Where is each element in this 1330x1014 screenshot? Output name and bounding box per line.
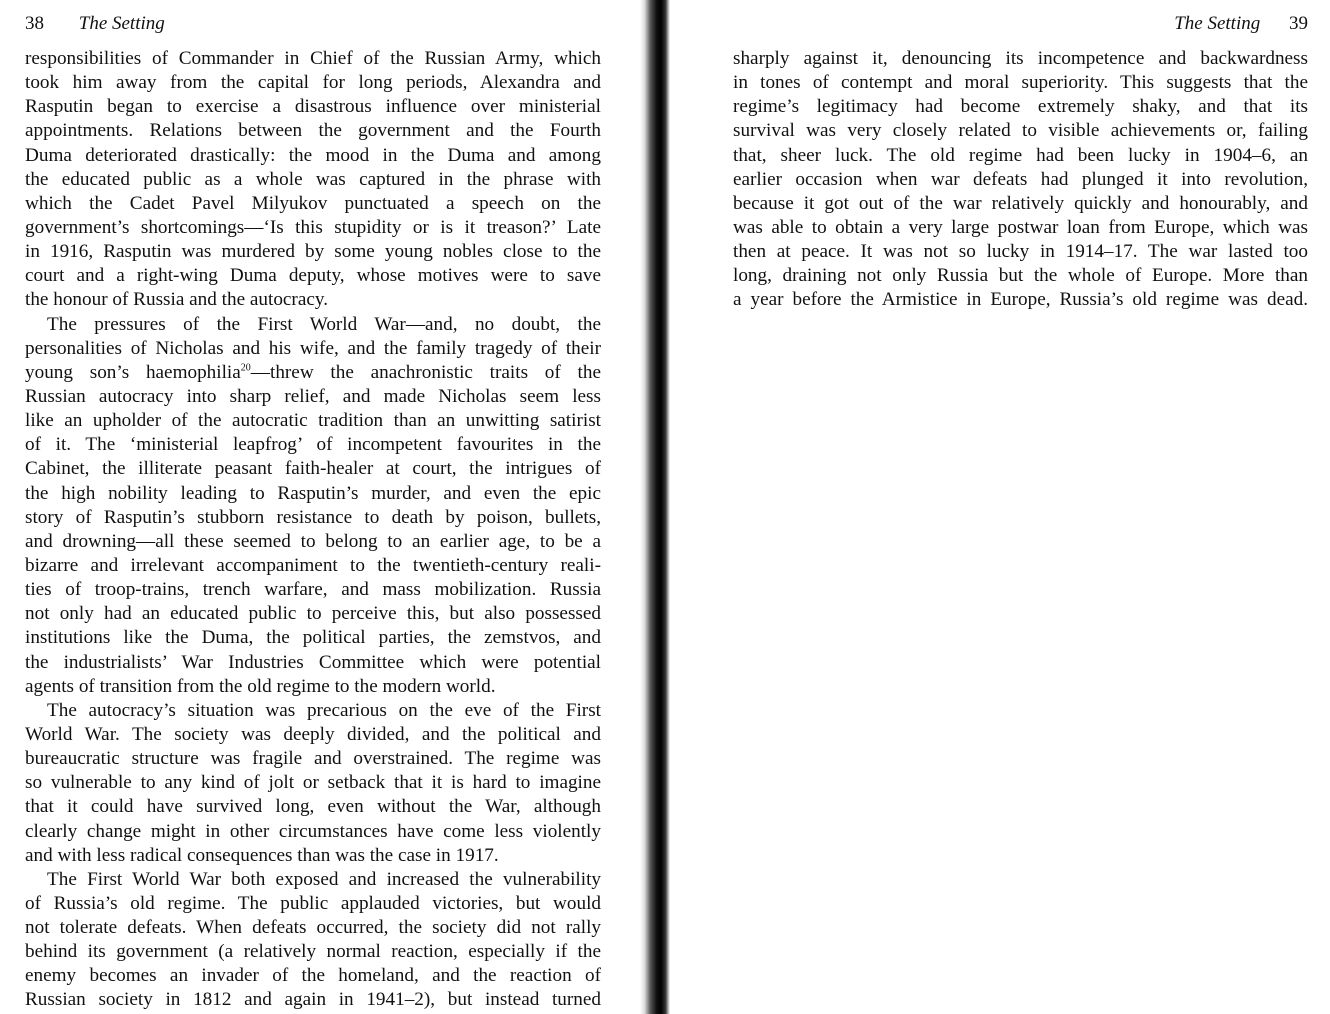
text-line: in tones of contempt and moral superiori… bbox=[733, 71, 1308, 95]
text-line: and drowning—all these seemed to belong … bbox=[25, 530, 601, 554]
book-gutter-shadow bbox=[640, 0, 670, 1014]
text-line: sharply against it, denouncing its incom… bbox=[733, 47, 1308, 71]
paragraph-start-line: The autocracy’s situation was precarious… bbox=[25, 699, 601, 723]
footnote-reference[interactable]: 20 bbox=[241, 362, 251, 373]
text-line: the industrialists’ War Industries Commi… bbox=[25, 651, 601, 675]
paragraph-start-line: The First World War both exposed and inc… bbox=[25, 868, 601, 892]
text-line: long, draining not only Russia but the w… bbox=[733, 264, 1308, 288]
text-line: which the Cadet Pavel Milyukov punctuate… bbox=[25, 192, 601, 216]
text-line: World War. The society was deeply divide… bbox=[25, 723, 601, 747]
text-line: of Russia’s old regime. The public appla… bbox=[25, 892, 601, 916]
text-line: bizarre and irrelevant accompaniment to … bbox=[25, 554, 601, 578]
paragraph-start-line: The pressures of the First World War—and… bbox=[25, 313, 601, 337]
text-line: the high nobility leading to Rasputin’s … bbox=[25, 482, 601, 506]
text-line-with-footnote: young son’s haemophilia20—threw the anac… bbox=[25, 361, 601, 385]
text-line: responsibilities of Commander in Chief o… bbox=[25, 47, 601, 71]
text-line: and with less radical consequences than … bbox=[25, 844, 601, 868]
left-body-text: responsibilities of Commander in Chief o… bbox=[25, 47, 601, 1013]
text-fragment: young son’s haemophilia bbox=[25, 362, 241, 383]
right-page: The Setting 39 sharply against it, denou… bbox=[680, 0, 1330, 1014]
text-line: earlier occasion when war defeats had pl… bbox=[733, 168, 1308, 192]
right-body-text: sharply against it, denouncing its incom… bbox=[733, 47, 1308, 313]
running-head-title: The Setting bbox=[79, 12, 165, 36]
text-line: Russian autocracy into sharp relief, and… bbox=[25, 385, 601, 409]
running-head-title: The Setting bbox=[1174, 12, 1260, 36]
text-line: behind its government (a relatively norm… bbox=[25, 940, 601, 964]
text-line: institutions like the Duma, the politica… bbox=[25, 626, 601, 650]
text-line: the educated public as a whole was captu… bbox=[25, 168, 601, 192]
text-line: the honour of Russia and the autocracy. bbox=[25, 288, 601, 312]
left-page: 38 The Setting responsibilities of Comma… bbox=[0, 0, 640, 1014]
text-line: story of Rasputin’s stubborn resistance … bbox=[25, 506, 601, 530]
text-line: because it got out of the war relatively… bbox=[733, 192, 1308, 216]
text-line: clearly change might in other circumstan… bbox=[25, 820, 601, 844]
text-line: Cabinet, the illiterate peasant faith-he… bbox=[25, 457, 601, 481]
text-line: not only had an educated public to perce… bbox=[25, 602, 601, 626]
page-number: 38 bbox=[25, 12, 44, 36]
text-line: enemy becomes an invader of the homeland… bbox=[25, 964, 601, 988]
page-number: 39 bbox=[1289, 12, 1308, 36]
right-running-head: The Setting 39 bbox=[1174, 12, 1308, 36]
text-line: was able to obtain a very large postwar … bbox=[733, 216, 1308, 240]
text-line: that it could have survived long, even w… bbox=[25, 795, 601, 819]
text-line: not tolerate defeats. When defeats occur… bbox=[25, 916, 601, 940]
text-line: like an upholder of the autocratic tradi… bbox=[25, 409, 601, 433]
text-line: Rasputin began to exercise a disastrous … bbox=[25, 95, 601, 119]
left-running-head: 38 The Setting bbox=[25, 12, 165, 36]
text-line: that, sheer luck. The old regime had bee… bbox=[733, 144, 1308, 168]
text-line: Duma deteriorated drastically: the mood … bbox=[25, 144, 601, 168]
text-fragment: —threw the anachronistic traits of the bbox=[251, 362, 601, 383]
text-line: appointments. Relations between the gove… bbox=[25, 119, 601, 143]
text-line: of it. The ‘ministerial leapfrog’ of inc… bbox=[25, 433, 601, 457]
text-line: a year before the Armistice in Europe, R… bbox=[733, 288, 1308, 312]
text-line: in 1916, Rasputin was murdered by some y… bbox=[25, 240, 601, 264]
text-line: Russian society in 1812 and again in 194… bbox=[25, 988, 601, 1012]
text-line: survival was very closely related to vis… bbox=[733, 119, 1308, 143]
text-line: court and a right-wing Duma deputy, whos… bbox=[25, 264, 601, 288]
text-line: personalities of Nicholas and his wife, … bbox=[25, 337, 601, 361]
text-line: then at peace. It was not so lucky in 19… bbox=[733, 240, 1308, 264]
text-line: so vulnerable to any kind of jolt or set… bbox=[25, 771, 601, 795]
text-line: bureaucratic structure was fragile and o… bbox=[25, 747, 601, 771]
text-line: took him away from the capital for long … bbox=[25, 71, 601, 95]
text-line: government’s shortcomings—‘Is this stupi… bbox=[25, 216, 601, 240]
text-line: regime’s legitimacy had become extremely… bbox=[733, 95, 1308, 119]
text-line: ties of troop-trains, trench warfare, an… bbox=[25, 578, 601, 602]
text-line: agents of transition from the old regime… bbox=[25, 675, 601, 699]
